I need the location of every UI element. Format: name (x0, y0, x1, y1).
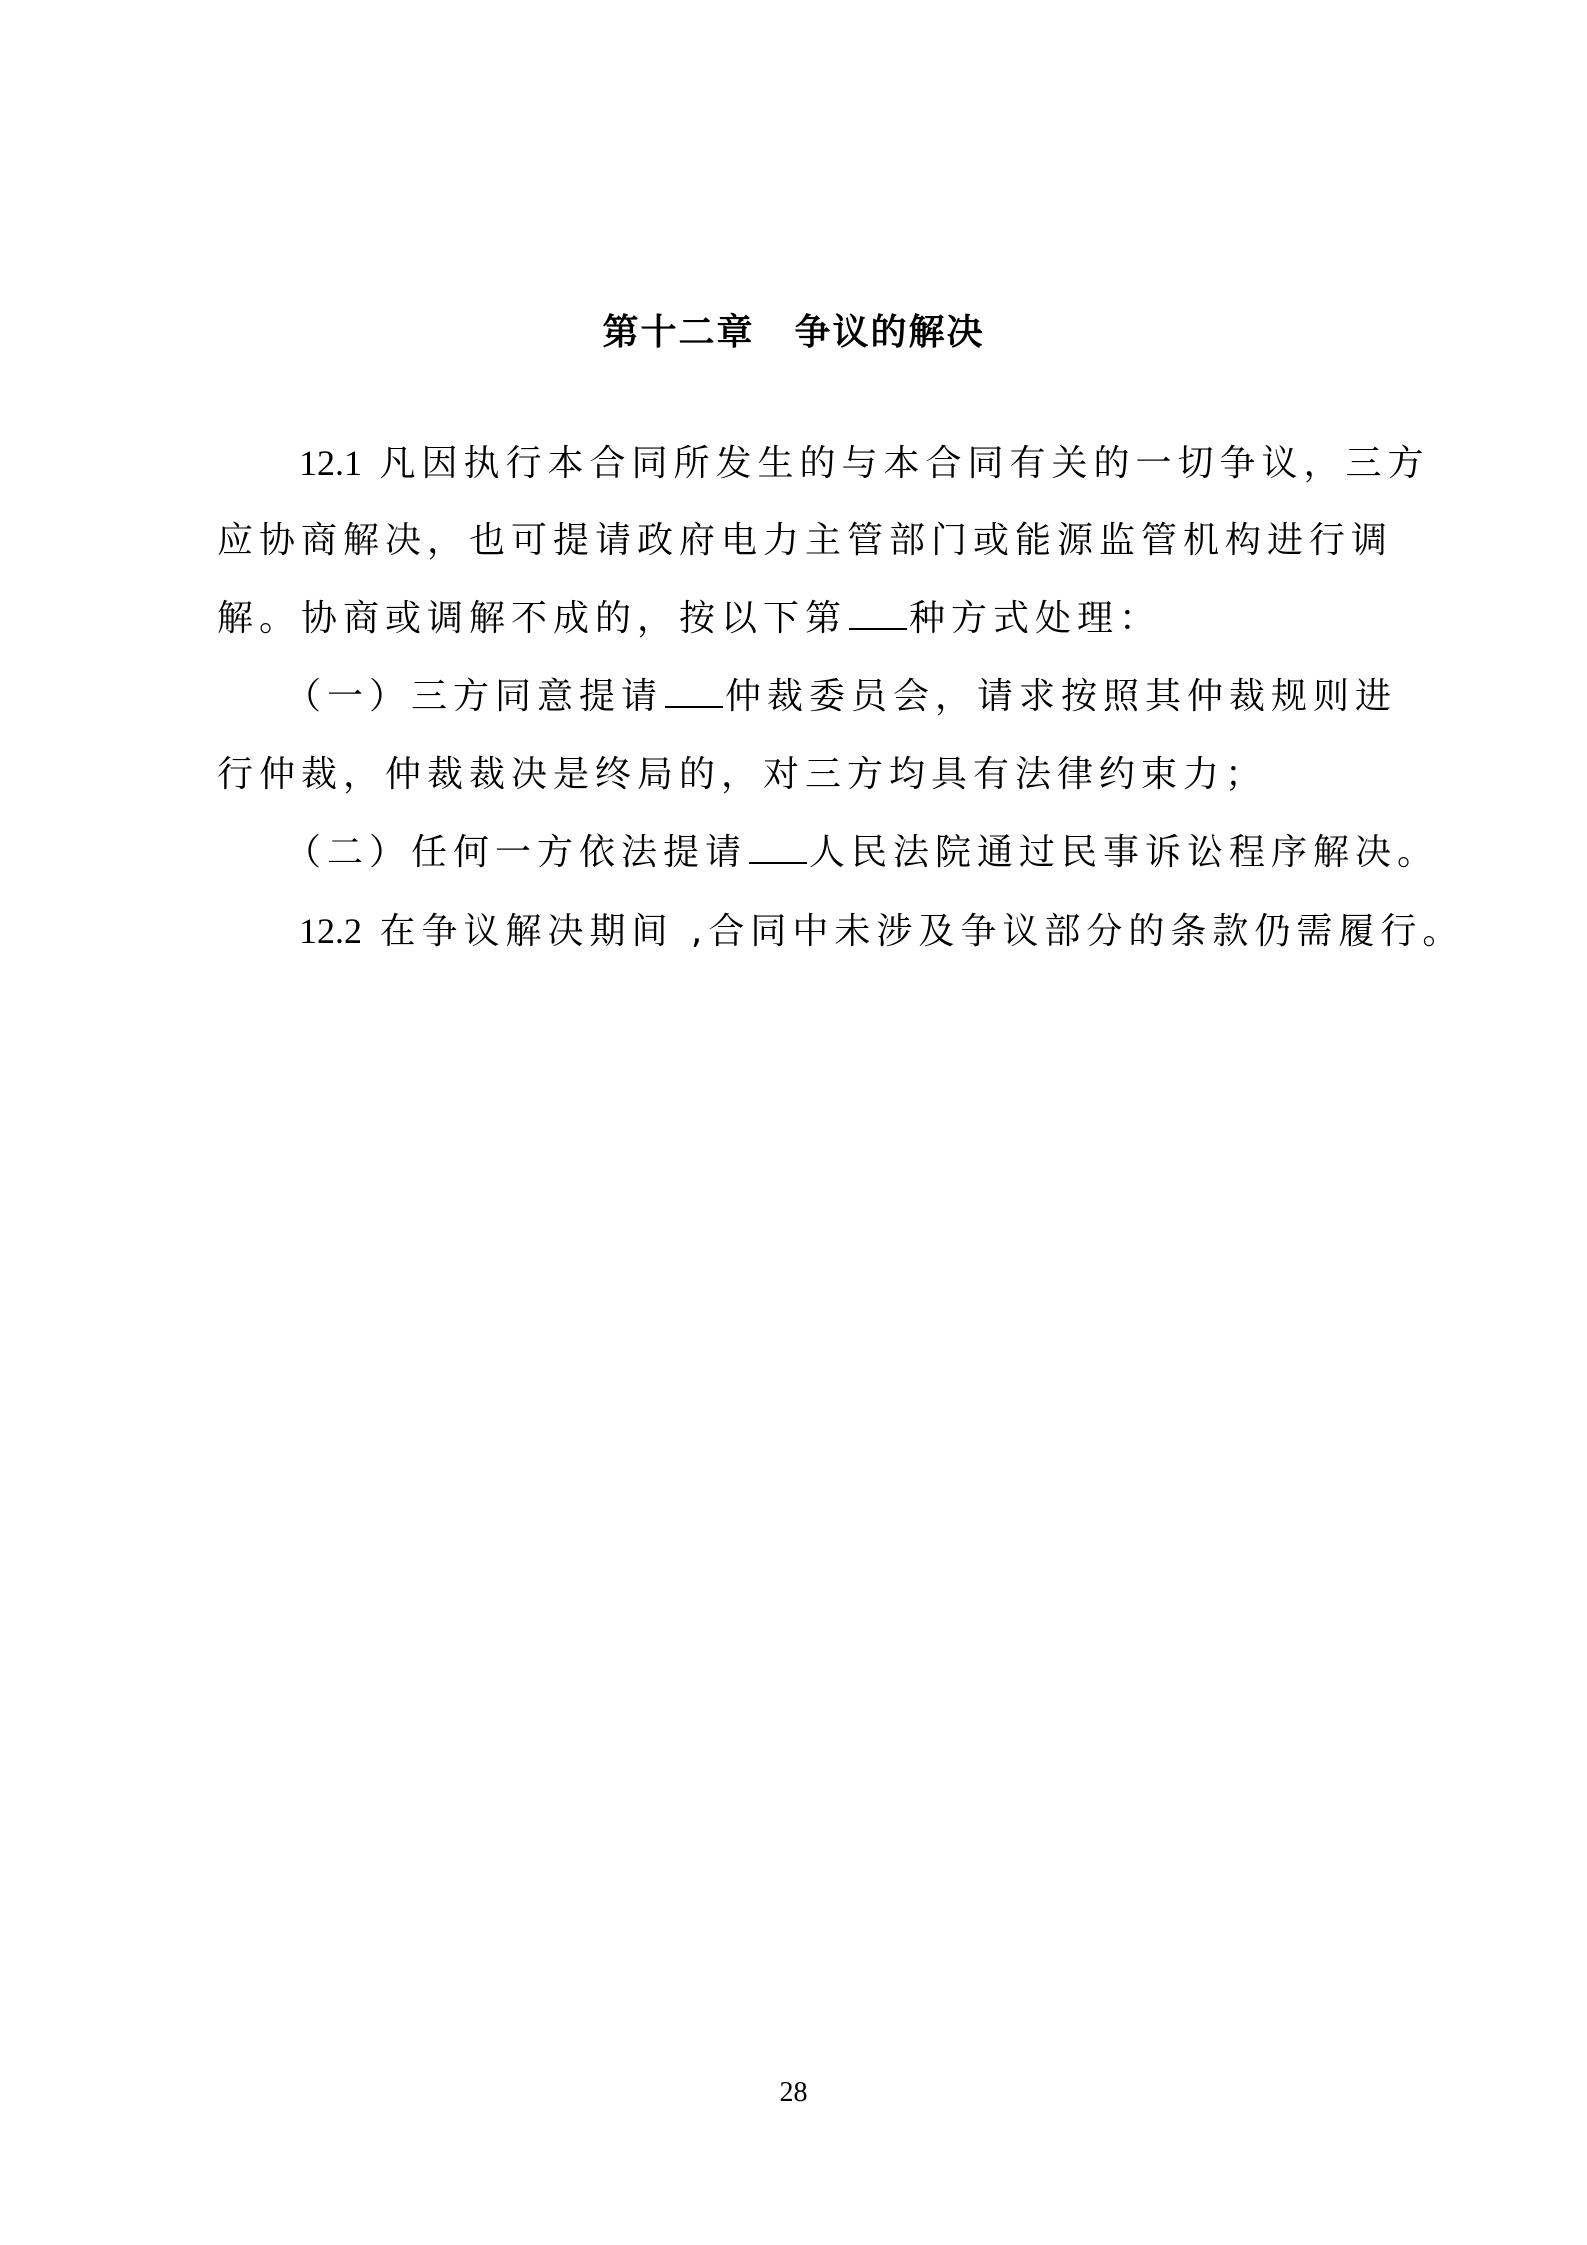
fill-in-blank[interactable] (849, 596, 907, 630)
option-2-line-1: （二）任何一方依法提请人民法院通过民事诉讼程序解决。 (285, 828, 1445, 878)
clause-text: 种方式处理： (909, 598, 1161, 639)
chapter-name: 争议的解决 (795, 312, 985, 353)
fill-in-blank[interactable] (749, 830, 807, 864)
option-1-line-1: （一）三方同意提请仲裁委员会，请求按照其仲裁规则进 (285, 672, 1445, 722)
clause-12-1-line-3: 解。协商或调解不成的，按以下第种方式处理： (217, 594, 1377, 644)
clause-text: 解。协商或调解不成的，按以下第 (217, 598, 847, 639)
chapter-number: 第十二章 (602, 312, 754, 353)
clause-12-2: 12.2 在争议解决期间 ,合同中未涉及争议部分的条款仍需履行。 (299, 906, 1379, 957)
option-text: 人民法院通过民事诉讼程序解决。 (809, 832, 1439, 873)
clause-text: 凡因执行本合同所发生的与本合同有关的一切争议，三方 (379, 443, 1429, 484)
clause-number: 12.1 (299, 443, 362, 483)
clause-12-1-line-1: 12.1 凡因执行本合同所发生的与本合同有关的一切争议，三方 (299, 438, 1379, 489)
option-text: （二）任何一方依法提请 (285, 832, 747, 873)
clause-12-1-line-2: 应协商解决，也可提请政府电力主管部门或能源监管机构进行调 (217, 516, 1377, 566)
document-page: 第十二章争议的解决 12.1 凡因执行本合同所发生的与本合同有关的一切争议，三方… (0, 0, 1587, 2245)
clause-number: 12.2 (299, 911, 362, 951)
page-number: 28 (0, 2077, 1587, 2109)
option-text: （一）三方同意提请 (285, 676, 663, 717)
chapter-heading: 第十二章争议的解决 (0, 308, 1587, 358)
fill-in-blank[interactable] (665, 674, 723, 708)
clause-text: 在争议解决期间 ,合同中未涉及争议部分的条款仍需履行。 (379, 911, 1464, 952)
option-1-line-2: 行仲裁，仲裁裁决是终局的，对三方均具有法律约束力； (217, 750, 1377, 800)
option-text: 仲裁委员会，请求按照其仲裁规则进 (725, 676, 1397, 717)
